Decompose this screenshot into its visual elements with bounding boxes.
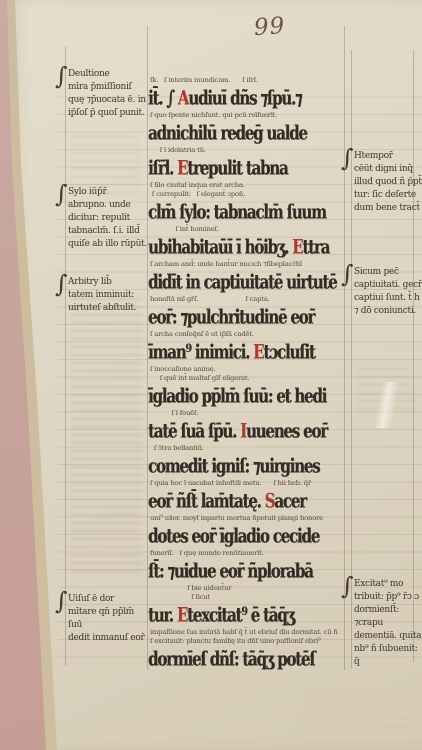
margin-gloss-line: nb⁹ ñ ſubuenit: q̄ [354,643,422,669]
main-line-block: uni⁹ ux̄or. moyſ inpartu mortua ñpotuit … [148,514,346,549]
main-text-segment: ſt̄: ⁊uidue eor̄ ñplorabā [148,559,313,583]
main-text-line: comedit igniſ: ⁊uirgines [148,449,346,483]
margin-gloss-line: captiui ſunt. t̄ h [354,292,422,305]
margin-gloss-line: tatem inminuit: [68,289,136,302]
rubric-initial: E [177,603,187,627]
main-text-segment: eor̄ ñſt̄ lam̄tatę. [148,489,265,513]
main-line-block: impaſſione ſua iniūriā habſ q̄ t̄ ut ebr… [148,628,346,672]
margin-gloss: ∫Htempor̄cēūt digni inq̄illud quod ñ p̄p… [354,150,422,215]
margin-gloss-line: cēūt digni inq̄ [354,163,422,176]
margin-gloss-line: Excitat⁹ mo [354,578,422,591]
margin-gloss-line: ⁊ dō coniuncti. [354,305,422,318]
main-text-segment: texcitat⁹ ē tāq̄ʒ [187,603,294,627]
margin-gloss-line: dedit inmanuſ eor̄ [68,632,148,645]
main-line-block: ſ int̄ homineſ.ubihabitaūī ī hōibʒ. Ettr… [148,225,346,260]
main-line-block: honeſtā mī gr̄ſ. ſ capta.eor̄: ⁊pulchrit… [148,295,346,330]
margin-gloss-line: quę ⁊p̄uocata ē. in [68,94,146,107]
margin-gloss-line: Htempor̄ [354,150,422,163]
margin-gloss-line: Arbitry lib̄ [68,276,136,289]
margin-gloss-line: abrupno. unde [68,199,147,212]
main-text-segment: udiuī dñs ⁊ſpū.⁊ [188,86,301,110]
gloss-bracket: ∫ [341,146,353,170]
margin-gloss-line: dicitur: repulit [68,212,147,225]
margin-gloss-line: dementiā. quita [354,630,422,643]
margin-gloss-line: mīra p̄miſſioniſ [68,81,146,94]
main-text-line: eor̄ ñſt̄ lam̄tatę. Sacer [148,484,346,518]
main-text-segment: tatē ſuā ſp̄ū. [148,419,240,443]
right-margin-column: ∫Htempor̄cēūt digni inq̄illud quod ñ p̄p… [354,0,422,750]
gloss-bracket: ∫ [55,589,67,613]
main-text-segment: acer [274,489,306,513]
main-line-block: ſ bie uident̄ur ſ ſicuttur. Etexcitat⁹ ē… [148,584,346,628]
main-text-segment: īgladio pp̄lm̄ ſuū: et hedi [148,384,326,408]
margin-gloss: ∫Deultionemīra p̄miſſioniſquę ⁊p̄uocata … [68,68,146,120]
column-rule-left-outer [65,46,66,666]
main-text-segment: eor̄: ⁊pulchritudinē eor̄ [148,305,314,329]
margin-gloss-line: illud quod ñ p̄pt̄ [354,176,422,189]
margin-gloss-line: tur: ſic deſerte [354,189,422,202]
main-text-segment: didīt in captiuitatē uirtutē [148,270,336,294]
main-line-block: ſ archam and̄: unde bant̄ur muɔch ⁊ſibep… [148,260,346,295]
manuscript-photo: { "page": { "folio_number": "99" }, "col… [0,0,422,750]
rubric-initial: E [292,235,302,259]
main-text-line: dotes eor̄ īgladio cecide [148,519,346,553]
main-text-line: īman⁹ inimici. Etɔcluſit [148,335,346,369]
margin-gloss-line: captiuitati. gecr̄ [354,279,422,292]
gloss-bracket: ∫ [55,272,67,296]
main-text-segment: trepulit tabna [187,156,287,180]
margin-gloss-line: tabnaclm̄. ſ.i. illd̄ [68,225,147,238]
main-text-segment: adnichilū redeḡ ualde [148,121,307,145]
main-text-segment: dormīeſ dñſ: tāq̄ʒ potēſ [148,647,315,671]
main-text-segment: tɔcluſit [263,340,314,364]
main-text-line: it̄. ∫ Audiuī dñs ⁊ſpū.⁊ [148,81,346,115]
main-text-line: tatē ſuā ſp̄ū. Iuuenes eor̄ [148,414,346,448]
main-text-segment: dotes eor̄ īgladio cecide [148,524,319,548]
main-text-segment: comedit igniſ: ⁊uirgines [148,454,319,478]
margin-gloss-line: mītare qn̄ pp̄lm̄ ſuū [68,606,148,632]
main-text-segment: clm̄ ſylo: tabnaclm̄ ſuum [148,200,326,224]
main-text-line: eor̄: ⁊pulchritudinē eor̄ [148,300,346,334]
main-text-line: īgladio pp̄lm̄ ſuū: et hedi [148,379,346,413]
main-text-line: adnichilū redeḡ ualde [148,116,346,150]
gloss-bracket: ∫ [55,64,67,88]
margin-gloss-line: dormienſt̄: ⁊crapu [354,604,422,630]
margin-gloss: ∫Sicum pec̄captiuitati. gecr̄captiui ſun… [354,266,422,318]
rubric-initial: E [253,340,263,364]
main-text-line: clm̄ ſylo: tabnaclm̄ ſuum [148,195,346,229]
main-line-block: ſ inoccaſione animę. ſ quē int̄ multaſ g… [148,365,346,409]
main-line-block: ſ l idolatria tū.iſr̄l. Etrepulit tabna [148,146,346,181]
margin-gloss: ∫Excitat⁹ motribuit: p̄p⁹ r̄ɔ ɔdormienſt… [354,578,422,669]
rubric-initial: E [177,156,187,180]
margin-gloss-line: Uiſuſ ē dor [68,593,148,606]
rubric-initial: S [265,489,275,513]
margin-gloss-line: Sylo iūp̄r̄ [68,186,147,199]
margin-gloss: ∫Uiſuſ ē dormītare qn̄ pp̄lm̄ ſuūdedit i… [68,593,148,645]
main-line-block: ſk. ſ interim mundicam. ſ iſrl.it̄. ∫ Au… [148,76,346,111]
folio-number: 99 [253,13,286,41]
gloss-bracket: ∫ [341,262,353,286]
margin-gloss: ∫Sylo iūp̄r̄abrupno. undedicitur: repuli… [68,186,147,251]
main-text-segment: īman⁹ inimici. [148,340,253,364]
main-line-block: ſ ſilo ciuitaſ inqua erat archa. ſ curre… [148,181,346,225]
main-line-block: ſ quo ſpente nichſunt. qui pcū roīfuerīt… [148,111,346,146]
main-text-segment: iſr̄l. [148,156,177,180]
main-text-line: dormīeſ dñſ: tāq̄ʒ potēſ [148,642,346,676]
margin-gloss-line: Sicum pec̄ [354,266,422,279]
margin-gloss-line: uirtuteſ abſtulit. [68,302,136,315]
main-line-block: funerīſ. ſ quę mundo renūtiauerīt.ſt̄: ⁊… [148,549,346,584]
main-text-segment: tur. [148,603,177,627]
main-text-line: ſt̄: ⁊uidue eor̄ ñplorabā [148,554,346,588]
margin-gloss-line: quiſe ab illo rūpūt. [68,238,147,251]
main-text-line: didīt in captiuitatē uirtutē [148,265,346,299]
main-text-segment: ubihabitaūī ī hōibʒ. [148,235,292,259]
main-line-block: ſ ɔ̄tra bellantiū̄.comedit igniſ: ⁊uirgi… [148,444,346,479]
margin-gloss-line: dum bene tract̄ [354,202,422,215]
main-text-line: iſr̄l. Etrepulit tabna [148,151,346,185]
main-text-column: ſk. ſ interim mundicam. ſ iſrl.it̄. ∫ Au… [148,76,346,672]
gloss-bracket: ∫ [341,574,353,598]
main-text-segment: ttra [302,235,329,259]
gloss-bracket: ∫ [55,182,67,206]
rubric-initial: A [178,86,188,110]
main-text-line: ubihabitaūī ī hōibʒ. Ettra [148,230,346,264]
main-line-block: ſ archa conſeq̄nſ ē ut ip̄ſā cadēt.īman⁹… [148,330,346,365]
main-line-block: ſ quia hoc ī uacabat inhoſtili metu. ſ h… [148,479,346,514]
main-text-line: tur. Etexcitat⁹ ē tāq̄ʒ [148,598,346,632]
margin-gloss-line: tribuit: p̄p⁹ r̄ɔ ɔ [354,591,422,604]
main-text-segment: it̄. ∫ [148,86,178,110]
margin-gloss-line: ip̄ſoſ p̄ quoſ punit. [68,107,146,120]
main-text-segment: uuenes eor̄ [246,419,327,443]
left-margin-column: ∫Deultionemīra p̄miſſioniſquę ⁊p̄uocata … [68,0,148,750]
margin-gloss: ∫Arbitry lib̄tatem inminuit:uirtuteſ abſ… [68,276,136,315]
main-line-block: ſ ī fouēſ.tatē ſuā ſp̄ū. Iuuenes eor̄ [148,409,346,444]
margin-gloss-line: Deultione [68,68,146,81]
